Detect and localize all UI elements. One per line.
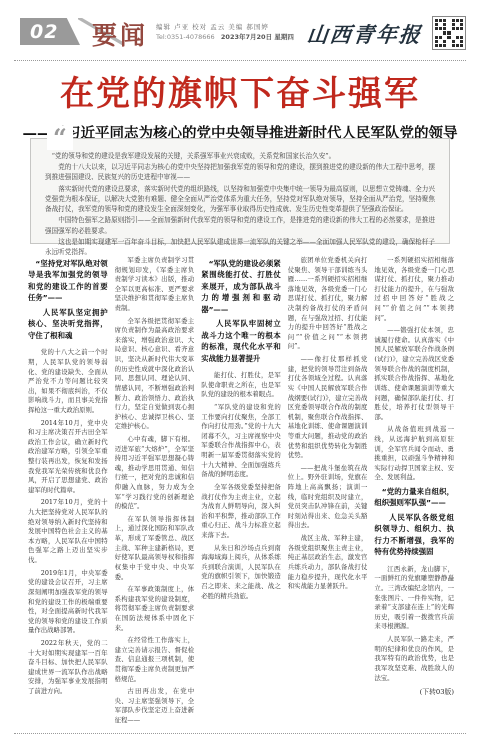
body-paragraph: 2014年10月，党中央和习主席决策召开古田全军政治工作会议，确立新时代政治建军… [28,419,108,496]
article-column: “坚持党对军队绝对领导是我军加强党的领导和党的建设工作的首要任务”——人民军队坚… [28,256,108,726]
body-paragraph: 在经常性工作落实上，建立完善请示报告、督促检查、信息通报三项机制，使贯彻军委主席… [115,636,195,684]
body-paragraph: 人民军队一路走来，严明的纪律和优良的作风，是我军特有的政治优势，也是我军攻坚克难… [374,635,454,683]
edition-credits: 编辑 卢亚 校对 孟云 美编 郝国婷 Tel:0351-4078666 2023… [156,22,294,43]
article-column: 旅团单位党委机关向打仗聚焦、领导干部训练当头雁……一系列硬招实招相继落地见效，各… [288,256,368,726]
body-paragraph: 能打仗、打胜仗，是军队使命职责之所在，也是军队党的建设的根本着眼点。 [201,371,281,400]
credits-date-line: Tel:0351-4078666 2023年7月20日 星期四 [156,32,294,42]
body-paragraph: 军委主席负责制学习贯彻规划印发，《军委主席负责制学习读本》出版，推动全军以更高标… [115,256,195,314]
section-lead: 人民军队牢固树立战斗力这个唯一的根本的标准，现代化水平和实战能力显著提升 [201,318,281,364]
body-paragraph: ——把战斗堡垒筑在战位上。野外驻训场，党旗在阵地上高高飘扬；演训一线，临时党组织… [288,464,368,531]
body-paragraph: 2019年1月，中央军委党的建设会议召开，习主席深刻阐明加强我军党的领导和党的建… [28,569,108,636]
quote-paragraphs: “党的领导和党的建设是我军建设发展的关键，关系强军事业兴衰成败，关系党和国家长治… [45,151,435,257]
section-lead: 人民军队各级党组织领导力、组织力、执行力不断增强，我军的特有优势持续强固 [374,512,454,558]
body-paragraph: 旅团单位党委机关向打仗聚焦、领导干部训练当头雁……一系列硬招实招相继落地见效，各… [288,256,368,352]
body-paragraph: 心中有魂，脚下有根。迈进军旅“大熔炉”，全军坚持用习近平强军思想凝心铸魂，推动学… [115,435,195,512]
credits-editors: 编辑 卢亚 校对 孟云 美编 郝国婷 [156,22,294,32]
credits-tel: Tel:0351-4078666 [156,33,215,41]
qr-code-icon [432,16,466,50]
article-columns: “坚持党对军队绝对领导是我军加强党的领导和党的建设工作的首要任务”——人民军队坚… [28,256,454,726]
jump-to-page-note: (下转03版) [374,687,454,697]
body-paragraph: 一系列硬招实招相继落地见效，各级党委一门心思谋打仗、抓打仗，聚力推动打仗能力的提… [374,256,454,323]
article-column: 军委主席负责制学习贯彻规划印发，《军委主席负责制学习读本》出版，推动全军以更高标… [115,256,195,726]
lead-quote-box: “ “党的领导和党的建设是我军建设发展的关键，关系强军事业兴衰成败，关系党和国家… [30,138,450,244]
body-paragraph: 2017年10月，党的十九大把坚持党对人民军队的绝对领导纳入新时代坚持和发展中国… [28,498,108,565]
section-subhead: “党的力量来自组织，组织强则军队强”—— [374,486,454,509]
quote-paragraph: 这也是如期实现建军一百年奋斗目标，加快把人民军队建成世界一流军队的关键之举——全… [45,237,435,257]
newspaper-page: 02 要闻 编辑 卢亚 校对 孟云 美编 郝国婷 Tel:0351-407866… [0,0,480,742]
body-paragraph: 2022年秋天，党的二十大对如期实现建军一百年奋斗目标、加快把人民军队建成世界一… [28,639,108,697]
header-divider [14,60,466,61]
main-headline: 在党的旗帜下奋斗强军 [20,66,460,115]
page-number-tab: 02 [20,18,80,45]
body-paragraph: 在军事政策制度上，体系构建我军党的建设制度，将贯彻军委主席负责制要求在国防法规体… [115,585,195,633]
body-paragraph: 战区主战、军种主建，各级党组织聚焦主责主业，纯正基层政治生态，激发官兵练兵动力，… [288,534,368,592]
quote-paragraph: 中国特色强军之路原则指引——全面加强新时代我军党的领导和党的建设工作，是推进党的… [45,215,435,235]
body-paragraph: “军队党的建设和党的工作要向打仗聚焦，全部工作向打仗用劲。”党的十九大闭幕不久，… [201,403,281,480]
body-paragraph: 在军队领导指挥体制上，通过深化国防和军队改革，形成了军委管总、战区主战、军种主建… [115,515,195,582]
section-subhead: “军队党的建设必须紧紧围绕能打仗、打胜仗来展开，成为部队战斗力的增强剂和驱动器”… [201,258,281,315]
body-paragraph: 从朱日和沙场点兵到南海海域海上阅兵，从体系练兵到联合演训，人民军队在党的旗帜引领… [201,544,281,602]
body-paragraph: ——像打仗那样抓党建，把党的领导贯注到备战打仗各领域全过程。认真落实《中国人民解… [288,355,368,461]
section-lead: 人民军队坚定拥护核心、坚决听党指挥，守住了根和魂 [28,307,108,341]
masthead-title: 山西青年报 [305,19,423,49]
quote-paragraph: “党的领导和党的建设是我军建设发展的关键，关系强军事业兴衰成败，关系党和国家长治… [45,151,435,161]
body-paragraph: 江西永新，龙山脚下，一面鲜红的党旗雕塑静静矗立。三湾改编纪念馆内，一张张图片、一… [374,565,454,632]
credits-date: 2023年7月20日 星期四 [221,33,294,41]
open-quote-icon: “ [47,126,73,150]
body-paragraph: 从战备值班到战巡一线，从远海护航到高原驻训，全军官兵闻令而动、勇挑重担，以顽强斗… [374,425,454,483]
body-paragraph: 古田再出发，在党中央、习主席坚强领导下，全军部队步伐坚定迈上奋进新征程—— [115,687,195,725]
body-paragraph: 全军各级党委坚持把备战打仗作为主责主业，立起为战育人鲜明导向，深入纠治和平积弊，… [201,483,281,541]
page-number: 02 [30,21,58,43]
article-column: 一系列硬招实招相继落地见效，各级党委一门心思谋打仗、抓打仗，聚力推动打仗能力的提… [374,256,454,726]
body-paragraph: 党的十八大之前一个时期，人民军队党的领导弱化、党的建设缺失、全面从严治党不力等问… [28,348,108,415]
body-paragraph: 全军各级把贯彻军委主席负责制作为最高政治要求来落实，增强政治意识、大局意识、核心… [115,317,195,432]
section-subhead: “坚持党对军队绝对领导是我军加强党的领导和党的建设工作的首要任务”—— [28,258,108,304]
page-header: 02 要闻 编辑 卢亚 校对 孟云 美编 郝国婷 Tel:0351-407866… [14,16,466,58]
article-column: “军队党的建设必须紧紧围绕能打仗、打胜仗来展开，成为部队战斗力的增强剂和驱动器”… [201,256,281,726]
quote-paragraph: 党的十八大以来，以习近平同志为核心的党中央坚持把加强我军党的领导和党的建设，摆到… [45,162,435,182]
section-name: 要闻 [92,16,148,52]
quote-paragraph: 落实新时代党的建设总要求，落实新时代党的组织路线，以坚持和加强党中央集中统一领导… [45,184,435,215]
footer-divider [14,733,466,734]
body-paragraph: ——锻强打仗本领，忠诚履行使命。认真落实《中国人民解放军联合作战条例(试行)》，… [374,326,454,422]
